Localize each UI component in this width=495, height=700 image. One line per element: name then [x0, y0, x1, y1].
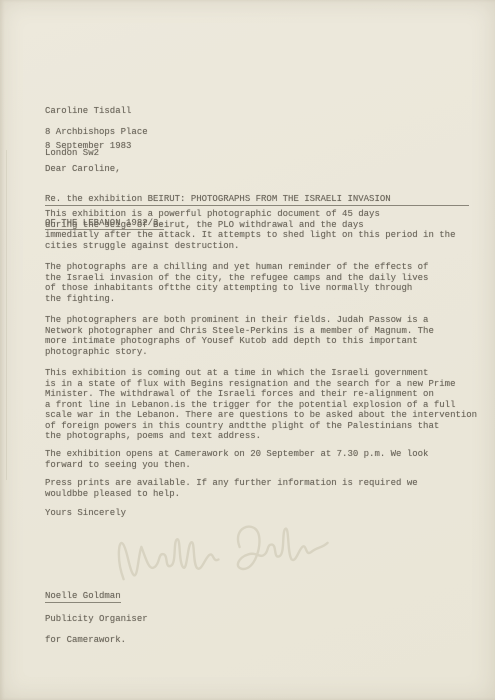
- letter-page: Caroline Tisdall 8 Archbishops Place Lon…: [0, 0, 495, 700]
- paragraph-4: This exhibition is coming out at a time …: [45, 368, 477, 442]
- recipient-address-line1: 8 Archbishops Place: [45, 127, 148, 138]
- recipient-address: Caroline Tisdall 8 Archbishops Place Lon…: [45, 95, 148, 169]
- handwritten-signature-icon: [106, 506, 346, 600]
- letter-date: 8 September 1983: [45, 141, 131, 152]
- subject-line-1: Re. the exhibition BEIRUT: PHOTOGRAPHS F…: [45, 194, 469, 207]
- recipient-name: Caroline Tisdall: [45, 106, 148, 117]
- paragraph-3: The photographers are both prominent in …: [45, 315, 434, 357]
- signer-title-line2: for Camerawork.: [45, 635, 148, 646]
- signer-title-line1: Publicity Organiser: [45, 614, 148, 625]
- salutation: Dear Caroline,: [45, 164, 121, 175]
- paragraph-1: This exhibition is a powerful photograph…: [45, 209, 455, 251]
- closing: Yours Sincerely: [45, 508, 126, 519]
- paragraph-6: Press prints are available. If any furth…: [45, 478, 418, 499]
- signer-typed-name: Noelle Goldman: [45, 580, 121, 603]
- paragraph-5: The exhibition opens at Camerawork on 20…: [45, 449, 428, 470]
- signer-title: Publicity Organiser for Camerawork.: [45, 603, 148, 656]
- signer-name-text: Noelle Goldman: [45, 591, 121, 604]
- paragraph-2: The photographs are a chilling and yet h…: [45, 262, 428, 304]
